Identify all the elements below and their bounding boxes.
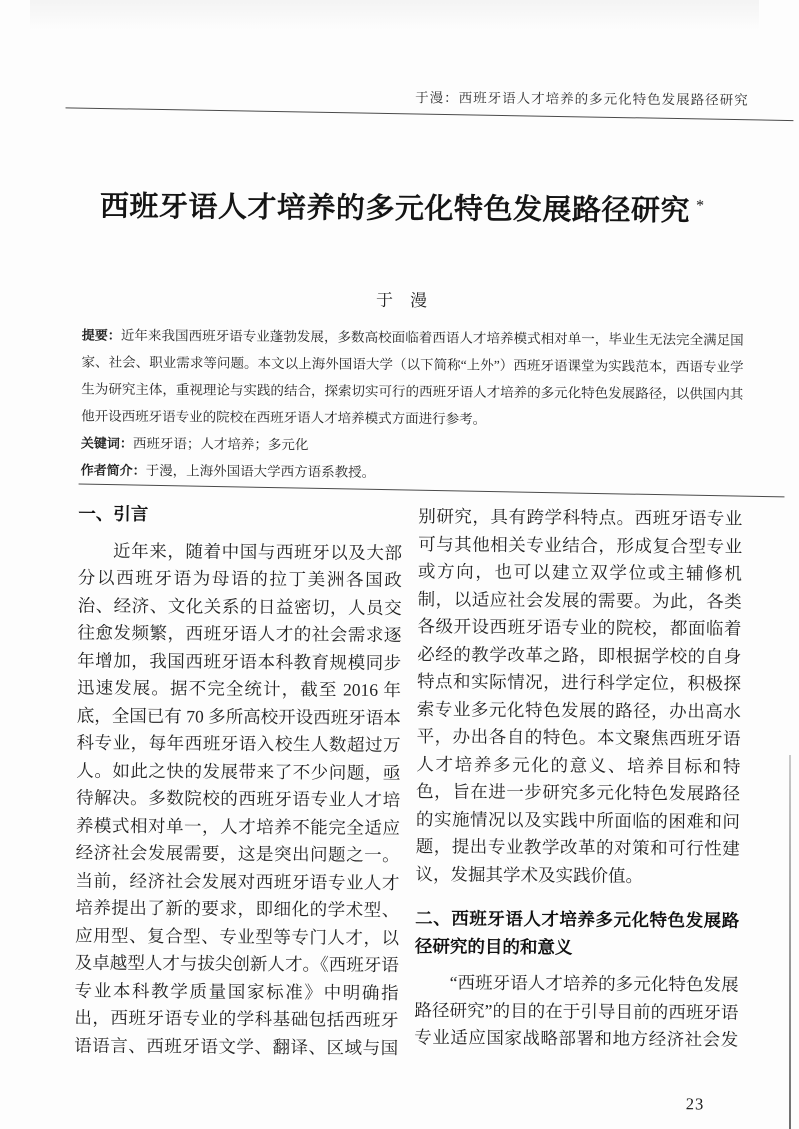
author-bio-label: 作者简介： <box>81 462 146 478</box>
author-bio-text: 于漫，上海外国语大学西方语系教授。 <box>146 463 376 480</box>
author-bio-line: 作者简介：于漫，上海外国语大学西方语系教授。 <box>81 456 743 488</box>
page-title: 西班牙语人才培养的多元化特色发展路径研究* <box>3 183 799 230</box>
page-number: 23 <box>686 1094 705 1114</box>
abstract-paragraph: 提要：近年来我国西班牙语专业蓬勃发展，多数高校面临着西语人才培养模式相对单一，毕… <box>81 321 744 434</box>
article-title-text: 西班牙语人才培养的多元化特色发展路径研究 <box>100 191 690 228</box>
scanned-journal-page: 于漫：西班牙语人才培养的多元化特色发展路径研究 西班牙语人才培养的多元化特色发展… <box>0 0 799 1129</box>
footnote-asterisk: * <box>696 197 705 214</box>
abstract-label: 提要： <box>82 327 121 342</box>
header-divider <box>66 107 794 121</box>
abstract-section: 提要：近年来我国西班牙语专业蓬勃发展，多数高校面临着西语人才培养模式相对单一，毕… <box>81 321 744 488</box>
keywords-label: 关键词： <box>81 435 133 450</box>
author-name: 于 漫 <box>2 283 799 314</box>
scan-edge-line <box>789 755 791 1129</box>
section-heading-introduction: 一、引言 <box>78 500 402 530</box>
paper-sheet: 于漫：西班牙语人才培养的多元化特色发展路径研究 西班牙语人才培养的多元化特色发展… <box>0 0 799 1129</box>
keywords-text: 西班牙语；人才培养；多元化 <box>133 436 309 452</box>
abstract-text: 近年来我国西班牙语专业蓬勃发展，多数高校面临着西语人才培养模式相对单一，毕业生无… <box>81 328 744 427</box>
section-heading-purpose: 二、西班牙语人才培养多元化特色发展路径研究的目的和意义 <box>415 905 739 963</box>
running-header: 于漫：西班牙语人才培养的多元化特色发展路径研究 <box>415 86 749 109</box>
article-body: 一、引言 近年来，随着中国与西班牙以及大部分以西班牙语为母语的拉丁美洲各国政治、… <box>74 500 742 1073</box>
